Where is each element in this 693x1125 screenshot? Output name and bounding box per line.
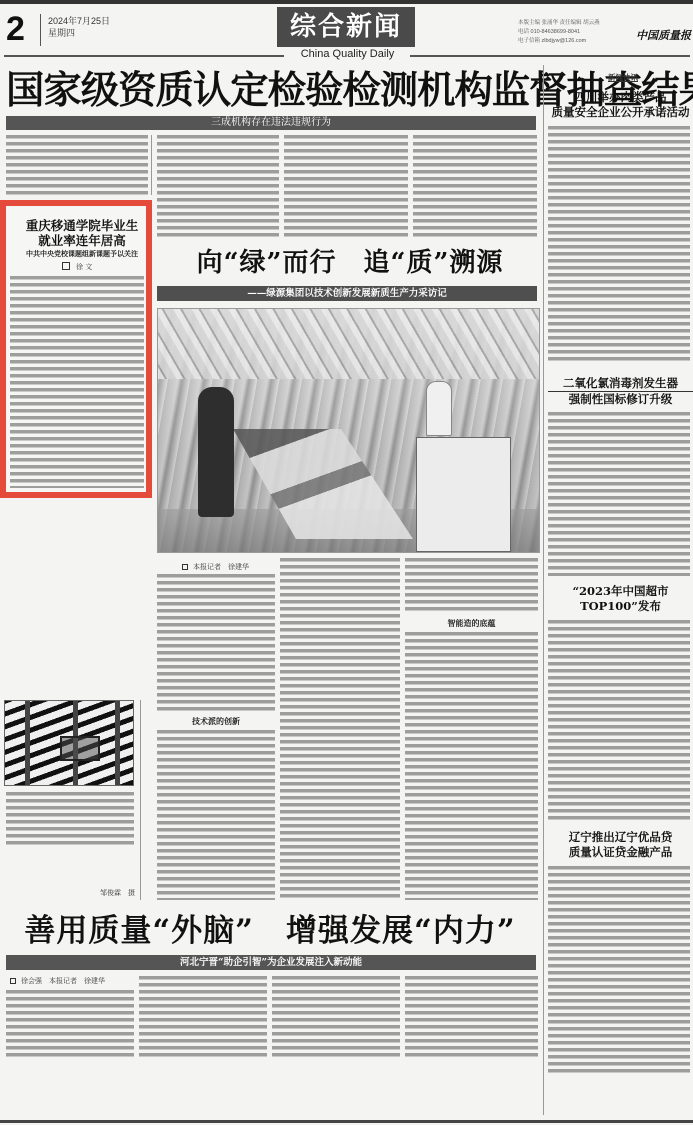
page-number: 2 <box>6 12 25 46</box>
masthead-rule-right <box>410 55 690 57</box>
bottom-body-col4 <box>405 976 538 1060</box>
highlighted-story-byline: 徐 文 <box>62 262 92 272</box>
bottom-subheadline: 河北宁晋“助企引智”为企业发展注入新动能 <box>6 955 536 970</box>
english-title: China Quality Daily <box>285 48 410 60</box>
column-rule <box>151 135 152 195</box>
editor-info: 本版主编 张涌华 责任编辑 胡云燕 电话 010-84638699-8041 电… <box>518 19 600 46</box>
highlighted-headline-line2: 就业率连年居高 <box>12 233 152 248</box>
highlighted-story-body <box>10 276 144 488</box>
bottom-border <box>0 1120 693 1123</box>
feature-section-head-1: 智能造的底蕴 <box>405 618 538 629</box>
weekday-text: 星期四 <box>48 27 110 39</box>
highlighted-story-subheadline: 中共中央党校课题组新课题予以关注 <box>8 249 156 258</box>
brief-4-headline: 辽宁推出辽宁优品贷 质量认证贷金融产品 <box>548 830 693 860</box>
news-flash-kicker: 新闻快讯 <box>553 72 693 83</box>
newspaper-logo: 中国质量报 <box>636 27 691 43</box>
feature-body-col1 <box>157 574 275 714</box>
feature-section-head-2: 技术派的创新 <box>157 716 275 727</box>
brief-3-headline: “2023年中国超市 TOP100”发布 <box>548 584 693 614</box>
date-text: 2024年7月25日 <box>48 15 110 27</box>
lead-body-col3 <box>284 135 408 239</box>
brief-4-body <box>548 866 690 1076</box>
photo-caption-text <box>6 792 134 848</box>
masthead-rule-left <box>4 55 284 57</box>
feature-headline: 向“绿”而行 追“质”溯源 <box>170 247 530 279</box>
factory-photo <box>157 308 540 553</box>
lead-body-col4 <box>413 135 537 239</box>
brief-2-body <box>548 412 690 576</box>
brief-2-headline: 二氧化氯消毒剂发生器 强制性国标修订升级 <box>548 376 693 407</box>
feature-body-col3a <box>405 558 538 614</box>
brief-3-body <box>548 620 690 820</box>
email-line: 电子信箱 zlbdjyw@126.com <box>518 37 600 46</box>
highlighted-story-box: 重庆移通学院毕业生 就业率连年居高 中共中央党校课题组新课题予以关注 徐 文 <box>0 200 152 498</box>
feature-body-col2 <box>280 558 400 900</box>
lead-body-col2 <box>157 135 279 239</box>
lead-subheadline: 三成机构存在违法违规行为 <box>6 116 536 130</box>
highlighted-headline-line1: 重庆移通学院毕业生 <box>12 218 152 233</box>
highlighted-story-headline: 重庆移通学院毕业生 就业率连年居高 <box>12 218 152 248</box>
issue-date: 2024年7月25日 星期四 <box>48 15 110 39</box>
masthead-divider <box>40 14 41 46</box>
byline-box-icon <box>10 978 16 984</box>
feature-byline: 本报记者 徐建华 <box>182 562 249 572</box>
bottom-body-col3 <box>272 976 400 1060</box>
lead-headline: 国家级资质认定检验检测机构监督抽查结果公布 <box>6 67 541 113</box>
phone-line: 电话 010-84638699-8041 <box>518 28 600 37</box>
bottom-headline: 善用质量“外脑” 增强发展“内力” <box>20 912 520 950</box>
bottom-body-col1 <box>6 990 134 1060</box>
bottom-body-col2 <box>139 976 267 1060</box>
facade-work-photo <box>4 700 134 786</box>
feature-subheadline: ——绿源集团以技术创新发展新质生产力采访记 <box>157 286 537 301</box>
editor-line: 本版主编 张涌华 责任编辑 胡云燕 <box>518 19 600 28</box>
right-column-rule <box>543 65 544 1115</box>
byline-box-icon <box>182 564 188 570</box>
photo-credit: 邹俊霖 摄 <box>100 888 135 898</box>
section-title: 综合新闻 <box>277 7 415 47</box>
feature-body-col3b <box>405 632 538 900</box>
column-rule <box>140 700 141 900</box>
brief-1-body <box>548 126 690 362</box>
lead-body-col1 <box>6 135 148 197</box>
brief-1-headline: 四川举办肉类产品 质量安全企业公开承诺活动 <box>548 90 693 120</box>
feature-body-col1b <box>157 730 275 900</box>
bottom-byline: 徐会强 本报记者 徐建华 <box>10 976 105 986</box>
